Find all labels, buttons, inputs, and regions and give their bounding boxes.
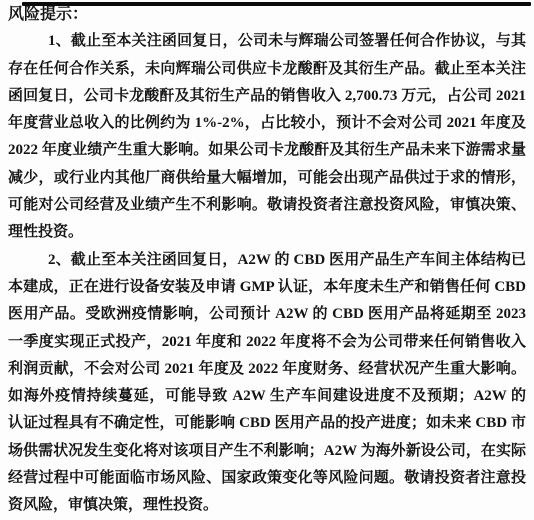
text-line: 经营过程中可能面临市场风险、国家政策变化等风险问题。敬请投资者注意投 bbox=[8, 465, 526, 492]
text-line: 资风险，审慎决策，理性投资。 bbox=[8, 492, 526, 519]
text-line: 场供需状况发生变化将对该项目产生不利影响；A2W 为海外新设公司，在实际 bbox=[8, 438, 526, 465]
text-line: 医用产品。受欧洲疫情影响，公司预计 A2W 的 CBD 医用产品将延期至 202… bbox=[8, 301, 526, 328]
text-line: 认证过程具有不确定性，可能影响 CBD 医用产品的投产进度；如未来 CBD 市 bbox=[8, 410, 526, 437]
paragraph: 1、截止至本关注函回复日，公司未与辉瑞公司签署任何合作协议，与其不存在任何合作关… bbox=[8, 28, 526, 246]
document-body: 1、截止至本关注函回复日，公司未与辉瑞公司签署任何合作协议，与其不存在任何合作关… bbox=[8, 28, 526, 519]
text-line: 存在任何合作关系，未向辉瑞公司供应卡龙酸酐及其衍生产品。截止至本关注 bbox=[8, 56, 526, 83]
text-line: 2022 年度业绩产生重大影响。如果公司卡龙酸酐及其衍生产品未来下游需求量 bbox=[8, 137, 526, 164]
document-content: 风险提示： 1、截止至本关注函回复日，公司未与辉瑞公司签署任何合作协议，与其不存… bbox=[0, 0, 534, 520]
text-line: 减少，或行业内其他厂商供给量大幅增加，可能会出现产品供过于求的情形， bbox=[8, 165, 526, 192]
text-line: 2、截止至本关注函回复日，A2W 的 CBD 医用产品生产车间主体结构已基 bbox=[8, 247, 526, 274]
text-line: 如海外疫情持续蔓延，可能导致 A2W 生产车间建设进度不及预期；A2W 的 GM… bbox=[8, 383, 526, 410]
text-line: 一季度实现正式投产，2021 年度和 2022 年度将不会为公司带来任何销售收入… bbox=[8, 329, 526, 356]
top-border-line bbox=[22, 2, 531, 6]
text-line: 年度营业总收入的比例约为 1%-2%，占比较小，预计不会对公司 2021 年度及 bbox=[8, 110, 526, 137]
document-page: 风险提示： 1、截止至本关注函回复日，公司未与辉瑞公司签署任何合作协议，与其不存… bbox=[0, 0, 534, 520]
text-line: 理性投资。 bbox=[8, 219, 526, 246]
paragraph: 2、截止至本关注函回复日，A2W 的 CBD 医用产品生产车间主体结构已基本建成… bbox=[8, 247, 526, 520]
text-line: 1、截止至本关注函回复日，公司未与辉瑞公司签署任何合作协议，与其不 bbox=[8, 28, 526, 55]
text-line: 可能对公司经营及业绩产生不利影响。敬请投资者注意投资风险，审慎决策、 bbox=[8, 192, 526, 219]
text-line: 函回复日，公司卡龙酸酐及其衍生产品的销售收入 2,700.73 万元，占公司 2… bbox=[8, 83, 526, 110]
text-line: 本建成，正在进行设备安装及申请 GMP 认证，本年度未生产和销售任何 CBD bbox=[8, 274, 526, 301]
text-line: 利润贡献，不会对公司 2021 年度及 2022 年度财务、经营状况产生重大影响… bbox=[8, 356, 526, 383]
